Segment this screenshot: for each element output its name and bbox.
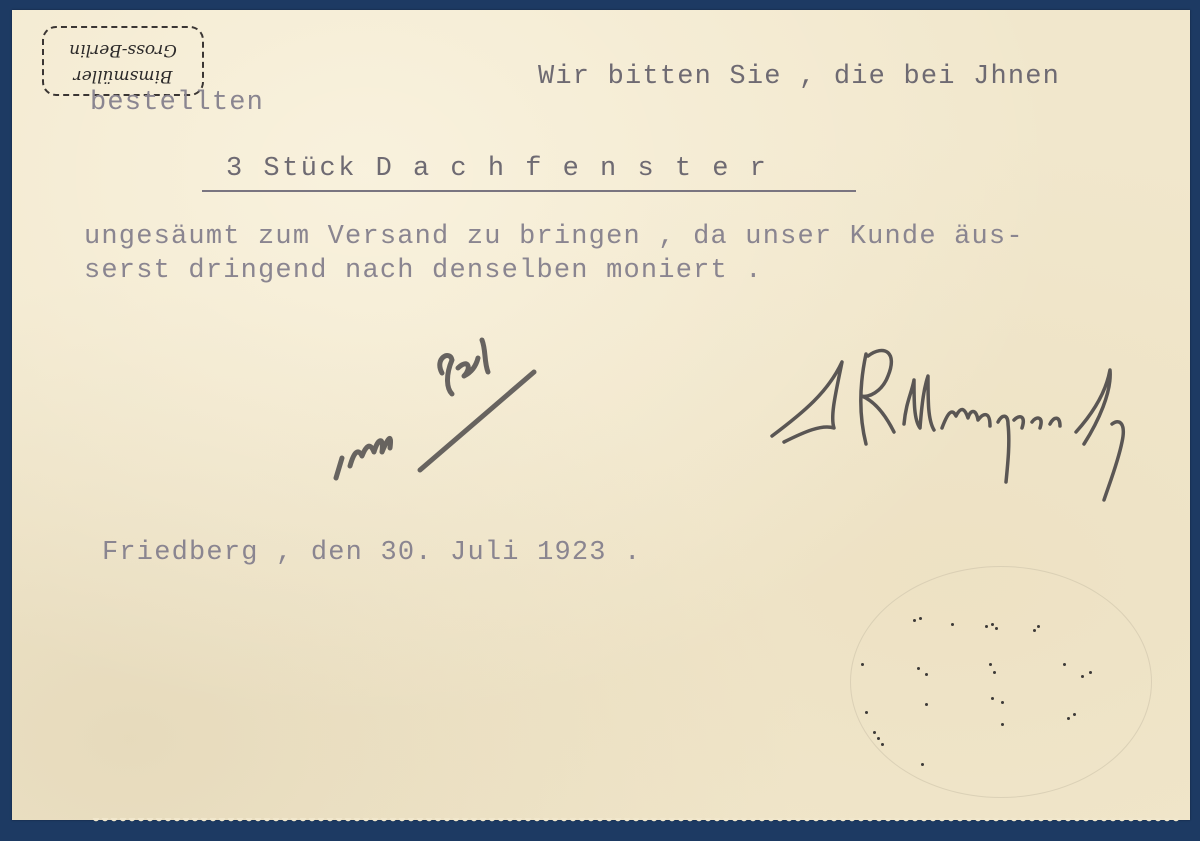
body-line-4: serst dringend nach denselben moniert .	[84, 256, 763, 286]
body-line-1: Wir bitten Sie , die bei Jhnen	[538, 62, 1060, 92]
body-line-2: bestellten	[90, 88, 264, 118]
sender-rubber-stamp: Bimsmüller Gross-Berlin	[42, 26, 204, 96]
postmark-cancellation	[850, 566, 1152, 798]
stamp-line-1: Bimsmüller	[42, 66, 204, 86]
handwritten-note-icon	[322, 328, 552, 498]
item-underline	[202, 190, 856, 192]
body-line-3: ungesäumt zum Versand zu bringen , da un…	[84, 222, 1024, 252]
postcard: Bimsmüller Gross-Berlin Wir bitten Sie ,…	[12, 10, 1190, 820]
stamp-line-2: Gross-Berlin	[42, 40, 204, 60]
place-date-line: Friedberg , den 30. Juli 1923 .	[102, 538, 641, 568]
signature-icon	[764, 332, 1144, 512]
item-line: 3 Stück D a c h f e n s t e r	[226, 154, 768, 184]
perforated-edge	[92, 818, 1182, 824]
